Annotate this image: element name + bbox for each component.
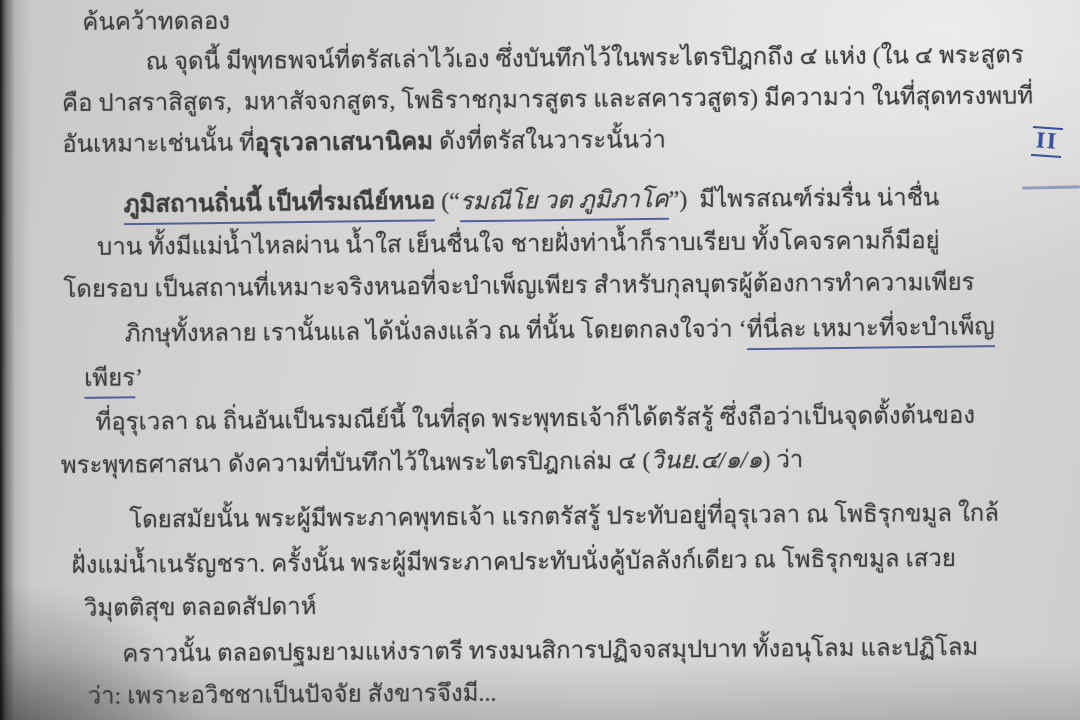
text-segment: บาน ทั้งมีแม่น้ำไหลผ่าน น้ำใส เย็นชื่นใจ… [97, 228, 940, 261]
text-line: วิมุตติสุข ตลอดสัปดาห์ [84, 590, 317, 626]
handwritten-roman-numeral-mark: II [1031, 126, 1063, 158]
text-segment: ภูมิสถานถิ่นนี้ เป็นที่รมณีย์หนอ [124, 184, 436, 225]
text-segment: วิมุตติสุข ตลอดสัปดาห์ [84, 594, 317, 622]
text-line: โดยสมัยนั้น พระผู้มีพระภาคพุทธเจ้า แรกตร… [129, 497, 999, 538]
text-segment: (“ [435, 189, 460, 215]
text-segment: ณ จุดนี้ มีพุทธพจน์ที่ตรัสเล่าไว้เอง ซึ่… [146, 42, 1024, 75]
text-segment: อันเหมาะเช่นนั้น ที่ [62, 130, 255, 158]
text-line: ที่อุรุเวลา ณ ถิ่นอันเป็นรมณีย์นี้ ในที่… [95, 399, 975, 440]
text-segment: ที่นี่ละ เหมาะที่จะบำเพ็ญ [746, 310, 994, 350]
text-segment: รมณีโย วต ภูมิภาโค [460, 183, 669, 223]
text-line: คราวนั้น ตลอดปฐมยามแห่งราตรี ทรงมนสิการป… [122, 631, 978, 672]
text-segment: โดยรอบ เป็นสถานที่เหมาะจริงหนอที่จะบำเพ็… [63, 270, 974, 303]
text-segment: คือ ปาสราสิสูตร, มหาสัจจกสูตร, โพธิราชกุ… [62, 83, 1033, 117]
text-segment: โดยสมัยนั้น พระผู้มีพระภาคพุทธเจ้า แรกตร… [129, 501, 999, 534]
text-line: ฝั่งแม่น้ำเนรัญชรา. ครั้งนั้น พระผู้มีพร… [71, 542, 956, 583]
text-segment: เพียร [84, 361, 135, 399]
text-segment: ค้นคว้าทดลอง [82, 9, 230, 36]
text-line: เพียร’ [84, 361, 143, 398]
document-lines: ค้นคว้าทดลองณ จุดนี้ มีพุทธพจน์ที่ตรัสเล… [0, 0, 1080, 720]
text-line: บาน ทั้งมีแม่น้ำไหลผ่าน น้ำใส เย็นชื่นใจ… [97, 224, 940, 265]
text-segment: อุรุเวลาเสนานิคม [255, 129, 433, 156]
text-line: โดยรอบ เป็นสถานที่เหมาะจริงหนอที่จะบำเพ็… [63, 266, 974, 307]
text-segment: ดังที่ตรัสในวาระนั้นว่า [433, 127, 666, 155]
text-line: ภูมิสถานถิ่นนี้ เป็นที่รมณีย์หนอ (“รมณีโ… [124, 181, 940, 224]
text-segment: ”) มีไพรสณฑ์ร่มรื่น น่าชื่น [669, 185, 940, 213]
text-segment: คราวนั้น ตลอดปฐมยามแห่งราตรี ทรงมนสิการป… [122, 635, 978, 668]
text-segment: ) ว่า [762, 447, 803, 473]
text-segment: ฝั่งแม่น้ำเนรัญชรา. ครั้งนั้น พระผู้มีพร… [72, 546, 957, 579]
text-line: ณ จุดนี้ มีพุทธพจน์ที่ตรัสเล่าไว้เอง ซึ่… [146, 38, 1024, 79]
text-segment: ’ [135, 365, 143, 391]
text-segment: พระพุทธศาสนา ดังความที่บันทึกไว้ในพระไตร… [61, 448, 651, 479]
text-segment: ว่า: เพราะอวิชชาเป็นปัจจัย สังขารจึงมี..… [88, 681, 497, 710]
text-line: คือ ปาสราสิสูตร, มหาสัจจกสูตร, โพธิราชกุ… [62, 79, 1033, 121]
text-line: ว่า: เพราะอวิชชาเป็นปัจจัย สังขารจึงมี..… [88, 677, 497, 714]
text-segment: วินย.๔/๑/๑ [650, 447, 762, 474]
photographed-page: ค้นคว้าทดลองณ จุดนี้ มีพุทธพจน์ที่ตรัสเล… [0, 0, 1080, 720]
text-segment: ภิกษุทั้งหลาย เรานั้นแล ได้นั่งลงแล้ว ณ … [125, 317, 747, 348]
text-line: อันเหมาะเช่นนั้น ที่อุรุเวลาเสนานิคม ดัง… [62, 123, 666, 162]
text-line: พระพุทธศาสนา ดังความที่บันทึกไว้ในพระไตร… [61, 443, 804, 483]
text-line: ค้นคว้าทดลอง [82, 5, 230, 40]
text-line: ภิกษุทั้งหลาย เรานั้นแล ได้นั่งลงแล้ว ณ … [125, 311, 995, 355]
text-segment: ที่อุรุเวลา ณ ถิ่นอันเป็นรมณีย์นี้ ในที่… [95, 403, 975, 436]
